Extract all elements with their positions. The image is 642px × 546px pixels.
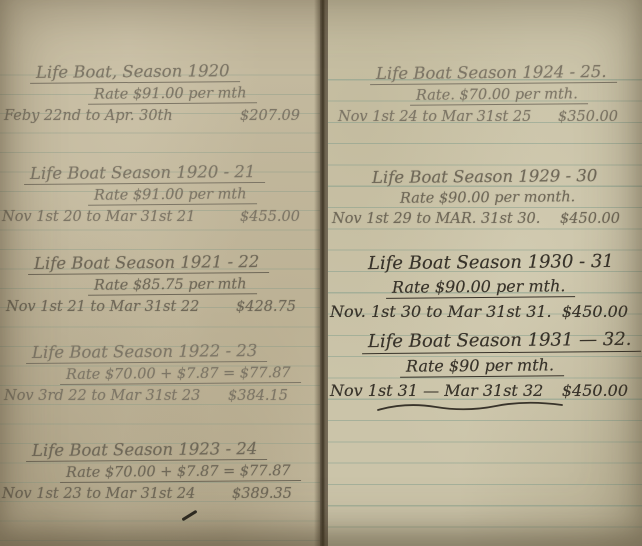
entry-period: Nov. 1st 30 to Mar 31st 31. [330, 302, 552, 321]
ledger-entry: Life Boat Season 1921 - 22 Rate $85.75 p… [0, 253, 320, 315]
entry-period-row: Nov 1st 21 to Mar 31st 22$428.75 [0, 299, 320, 315]
entry-period-row: Nov 3rd 22 to Mar 31st 23$384.15 [0, 388, 320, 404]
entry-title: Life Boat, Season 1920 [30, 62, 320, 83]
entry-period: Nov 3rd 22 to Mar 31st 23 [4, 388, 200, 404]
entry-period: Nov 1st 29 to MAR. 31st 30. [332, 211, 540, 227]
entry-period-row: Nov 1st 20 to Mar 31st 21$455.00 [0, 209, 320, 225]
entry-rate-text: Rate $90 per mth. [400, 355, 564, 377]
entry-title: Life Boat Season 1922 - 23 [26, 342, 320, 363]
entry-title-text: Life Boat Season 1931 — 32. [362, 329, 642, 354]
ledger-entry: Life Boat Season 1920 - 21 Rate $91.00 p… [0, 163, 320, 225]
entry-rate: Rate $70.00 + $7.87 = $77.87 [60, 366, 320, 384]
ledger-entry: Life Boat Season 1922 - 23 Rate $70.00 +… [0, 342, 320, 404]
entry-period: Nov 1st 23 to Mar 31st 24 [2, 486, 195, 502]
entry-title-text: Life Boat Season 1922 - 23 [26, 341, 268, 364]
entry-amount: $450.00 [562, 302, 634, 321]
entry-period: Nov 1st 20 to Mar 31st 21 [2, 209, 195, 225]
entry-title-text: Life Boat Season 1923 - 24 [26, 439, 268, 462]
ledger-entry: Life Boat Season 1923 - 24 Rate $70.00 +… [0, 440, 320, 502]
entry-title-text: Life Boat Season 1930 - 31 [362, 251, 624, 275]
entry-amount: $389.35 [232, 486, 298, 502]
entry-rate-text: Rate $85.75 per mth [88, 276, 257, 295]
entry-title-text: Life Boat, Season 1920 [30, 61, 240, 84]
pen-stroke-mark [181, 510, 197, 522]
entry-period: Feby 22nd to Apr. 30th [4, 108, 173, 124]
closing-flourish [376, 398, 566, 416]
entry-title-text: Life Boat Season 1929 - 30 [366, 166, 608, 188]
entry-title-text: Life Boat Season 1924 - 25. [370, 62, 617, 85]
entry-rate-text: Rate $91.00 per mth [88, 186, 257, 205]
entry-amount: $207.09 [240, 108, 306, 124]
entry-period: Nov 1st 24 to Mar 31st 25 [338, 109, 531, 125]
left-page: Life Boat, Season 1920 Rate $91.00 per m… [0, 0, 320, 546]
entry-amount: $350.00 [558, 109, 624, 125]
entry-rate-text: Rate $70.00 + $7.87 = $77.87 [60, 365, 301, 385]
entry-title-text: Life Boat Season 1921 - 22 [28, 252, 270, 275]
right-page: Life Boat Season 1924 - 25. Rate. $70.00… [328, 0, 642, 546]
entry-amount: $428.75 [236, 299, 302, 315]
entry-title-text: Life Boat Season 1920 - 21 [24, 162, 266, 185]
entry-title: Life Boat Season 1923 - 24 [26, 440, 320, 461]
entry-title: Life Boat Season 1921 - 22 [28, 253, 320, 274]
entry-period-row: Nov. 1st 30 to Mar 31st 31.$450.00 [328, 302, 642, 321]
entry-amount: $455.00 [240, 209, 306, 225]
ledger-entry: Life Boat Season 1929 - 30 Rate $90.00 p… [328, 167, 642, 227]
entry-period: Nov 1st 21 to Mar 31st 22 [6, 299, 199, 315]
entry-rate-text: Rate $91.00 per mth [88, 85, 257, 104]
entry-title: Life Boat Season 1930 - 31 [362, 252, 642, 274]
entry-rate-text: Rate. $70.00 per mth. [410, 86, 588, 106]
notebook-scan: Life Boat, Season 1920 Rate $91.00 per m… [0, 0, 642, 546]
ledger-entry: Life Boat Season 1930 - 31 Rate $90.00 p… [328, 252, 642, 321]
ledger-entry: Life Boat Season 1924 - 25. Rate. $70.00… [328, 63, 642, 125]
entry-title: Life Boat Season 1931 — 32. [362, 330, 642, 353]
entry-rate: Rate $91.00 per mth [88, 187, 320, 205]
ledger-entry: Life Boat Season 1931 — 32. Rate $90 per… [328, 330, 642, 400]
entry-amount: $450.00 [560, 211, 626, 227]
entry-title: Life Boat Season 1929 - 30 [366, 167, 642, 187]
entry-rate-text: Rate $70.00 + $7.87 = $77.87 [60, 463, 301, 483]
entry-amount: $384.15 [228, 388, 294, 404]
entry-amount: $450.00 [562, 381, 634, 400]
entry-rate: Rate $90.00 per month. [394, 190, 642, 207]
entry-period-row: Nov 1st 24 to Mar 31st 25$350.00 [328, 109, 642, 125]
entry-rate: Rate. $70.00 per mth. [410, 87, 642, 105]
entry-period-row: Nov 1st 29 to MAR. 31st 30.$450.00 [328, 211, 642, 227]
entry-rate: Rate $85.75 per mth [88, 277, 320, 295]
entry-period-row: Feby 22nd to Apr. 30th$207.09 [0, 108, 320, 124]
entry-rate-text: Rate $90.00 per mth. [386, 276, 576, 299]
entry-title: Life Boat Season 1920 - 21 [24, 163, 320, 184]
entry-rate: Rate $90.00 per mth. [386, 277, 642, 298]
ledger-entry: Life Boat, Season 1920 Rate $91.00 per m… [0, 62, 320, 124]
entry-rate: Rate $70.00 + $7.87 = $77.87 [60, 464, 320, 482]
entry-title: Life Boat Season 1924 - 25. [370, 63, 642, 84]
entry-period-row: Nov 1st 23 to Mar 31st 24$389.35 [0, 486, 320, 502]
entry-rate-text: Rate $90.00 per month. [394, 189, 585, 208]
entry-rate: Rate $90 per mth. [400, 356, 642, 377]
entry-rate: Rate $91.00 per mth [88, 86, 320, 104]
